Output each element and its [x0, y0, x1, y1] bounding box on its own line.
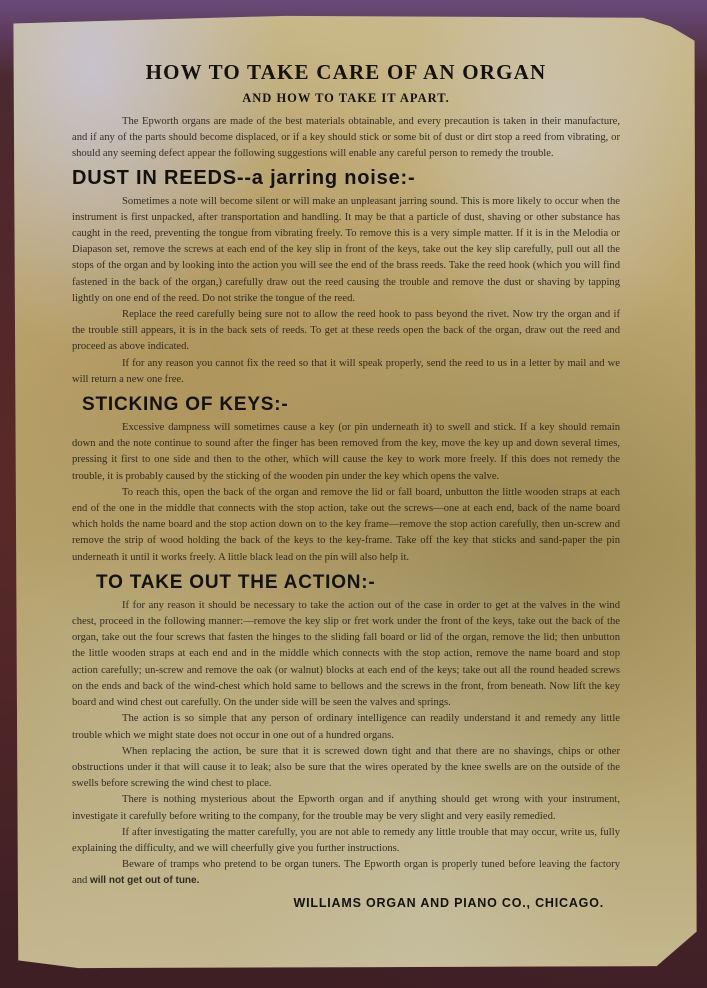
section-dust-in-reeds: DUST IN REEDS--a jarring noise:- Sometim…	[72, 167, 620, 388]
paragraph: If after investigating the matter carefu…	[72, 825, 620, 857]
document-subtitle: AND HOW TO TAKE IT APART.	[72, 91, 620, 106]
paragraph: There is nothing mysterious about the Ep…	[72, 792, 620, 824]
section-sticking-of-keys: STICKING OF KEYS:- Excessive dampness wi…	[72, 394, 620, 566]
paragraph: Replace the reed carefully being sure no…	[72, 307, 620, 356]
paragraph: Excessive dampness will sometimes cause …	[72, 420, 620, 485]
intro-paragraph: The Epworth organs are made of the best …	[72, 114, 620, 163]
section-take-out-action: TO TAKE OUT THE ACTION:- If for any reas…	[72, 572, 620, 890]
notice-content: HOW TO TAKE CARE OF AN ORGAN AND HOW TO …	[72, 60, 620, 910]
paragraph: Sometimes a note will become silent or w…	[72, 194, 620, 307]
paragraph: To reach this, open the back of the orga…	[72, 485, 620, 566]
paragraph: If for any reason you cannot fix the ree…	[72, 356, 620, 388]
closing-paragraph: Beware of tramps who pretend to be organ…	[72, 857, 620, 889]
paragraph: When replacing the action, be sure that …	[72, 744, 620, 793]
paragraph: If for any reason it should be necessary…	[72, 598, 620, 711]
company-signature: WILLIAMS ORGAN AND PIANO CO., CHICAGO.	[72, 896, 604, 910]
section-heading: STICKING OF KEYS:-	[82, 394, 620, 416]
section-heading: DUST IN REEDS--a jarring noise:-	[72, 167, 620, 190]
document-title: HOW TO TAKE CARE OF AN ORGAN	[72, 60, 620, 85]
paragraph: The action is so simple that any person …	[72, 711, 620, 743]
section-heading: TO TAKE OUT THE ACTION:-	[96, 572, 620, 594]
closing-bold-text: will not get out of tune.	[90, 875, 199, 886]
